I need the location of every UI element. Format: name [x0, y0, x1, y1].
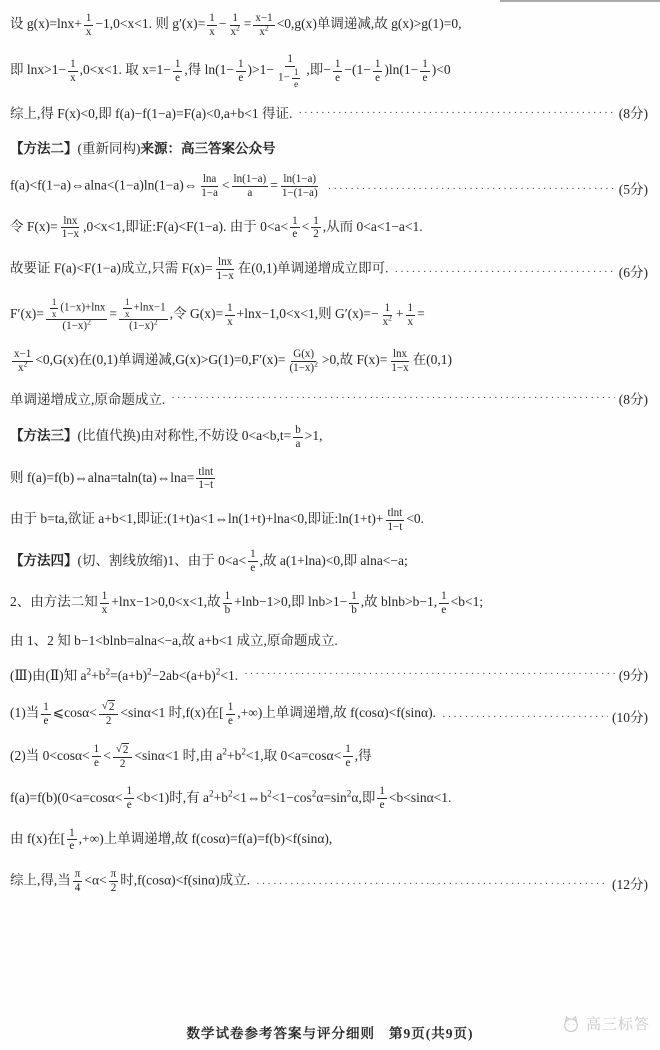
dot-leader: ········································…: [328, 182, 615, 198]
answer-line-22: 综上,得,当π4<α<π2时,f(cosα)<f(sinα)成立.·······…: [10, 868, 648, 894]
answer-line-3: 综上,得 F(x)<0,即 f(a)−f(1−a)=F(a)<0,a+b<1 得…: [10, 104, 648, 124]
line-formula: (Ⅲ)由(Ⅱ)知 a2+b2=(a+b)2−2ab<(a+b)2<1.: [10, 666, 238, 686]
fraction: tlnt1−t: [196, 466, 215, 492]
fraction: 1e: [236, 58, 246, 84]
fraction: 1x: [207, 12, 217, 38]
answer-sheet-page: 设 g(x)=lnx+1x−1,0<x<1. 则 g′(x)=1x−1x2=x−…: [0, 0, 660, 1050]
fraction: 1e: [420, 58, 430, 84]
fraction: 1x2: [228, 12, 241, 38]
score-label: (6分): [619, 263, 648, 283]
answer-line-7: 故要证 F(a)<F(1−a)成立,只需 F(x)=lnx1−x在(0,1)单调…: [10, 256, 648, 282]
fraction: 1e: [343, 743, 353, 769]
fraction: 1e: [290, 215, 300, 241]
answer-line-11: 【方法三】(比值代换)由对称性,不妨设 0<a<b,t=ba>1,: [10, 424, 648, 450]
line-formula: 由 1、2 知 b−1<blnb=alna<−a,故 a+b<1 成立,原命题成…: [10, 633, 338, 648]
line-formula: 令 F(x)=lnx1−x,0<x<1,即证:F(a)<F(1−a). 由于 0…: [10, 219, 423, 234]
fraction: ln(1−a)1−(1−a): [280, 173, 320, 199]
line-formula: 【方法二】(重新同构)来源：高三答案公众号: [10, 141, 276, 156]
fraction: 1e: [333, 58, 343, 84]
fraction: 1x: [406, 302, 416, 328]
answer-line-13: 由于 b=ta,欲证 a+b<1,即证:(1+t)a<1⇔ln(1+t)+lna…: [10, 507, 648, 533]
solution-lines: 设 g(x)=lnx+1x−1,0<x<1. 则 g′(x)=1x−1x2=x−…: [0, 0, 660, 895]
score-label: (5分): [619, 180, 648, 200]
fraction: 1e: [292, 67, 301, 89]
fraction: 1b: [349, 590, 359, 616]
fraction: 1b: [223, 590, 233, 616]
line-formula: 故要证 F(a)<F(1−a)成立,只需 F(x)=lnx1−x在(0,1)单调…: [10, 256, 389, 282]
answer-line-14: 【方法四】(切、割线放缩)1、由于 0<a<1e,故 a(1+lna)<0,即 …: [10, 548, 648, 574]
answer-line-1: 设 g(x)=lnx+1x−1,0<x<1. 则 g′(x)=1x−1x2=x−…: [10, 12, 648, 38]
fraction: x−1x2: [253, 12, 274, 38]
answer-line-5: f(a)<f(1−a)⇔alna<(1−a)ln(1−a)⇔lna1−a<ln(…: [10, 173, 648, 199]
answer-line-15: 2、由方法二知1x+lnx−1>0,0<x<1,故1b+lnb−1>0,即 ln…: [10, 590, 648, 616]
fraction: ba: [293, 424, 303, 450]
dot-leader: ········································…: [395, 265, 615, 281]
fraction: 1x: [123, 297, 132, 319]
fraction: 1x: [84, 12, 94, 38]
line-formula: 【方法三】(比值代换)由对称性,不妨设 0<a<b,t=ba>1,: [10, 428, 322, 443]
footer-page-number: 第9页(共9页): [389, 1026, 474, 1041]
score-label: (12分): [612, 875, 648, 895]
fraction: 1x: [225, 302, 235, 328]
line-formula: 综上,得,当π4<α<π2时,f(cosα)<f(sinα)成立.: [10, 868, 250, 894]
fraction: 1x(1−x)+lnx(1−x)2: [46, 297, 108, 333]
answer-line-10: 单调递增成立,原命题成立.···························…: [10, 390, 648, 410]
fraction: lnx1−x: [60, 215, 81, 241]
score-label: (9分): [619, 666, 648, 686]
fraction: 1e: [377, 785, 387, 811]
fraction: π4: [73, 868, 83, 894]
fraction: 1e: [226, 701, 236, 727]
answer-line-9: x−1x2<0,G(x)在(0,1)单调递减,G(x)>G(1)=0,F′(x)…: [10, 348, 648, 374]
radical: √2: [116, 743, 130, 757]
fraction: 1e: [373, 58, 383, 84]
fraction: tlnt1−t: [385, 507, 404, 533]
line-formula: 单调递增成立,原命题成立.: [10, 390, 165, 410]
fraction: π2: [109, 868, 119, 894]
answer-line-21: 由 f(x)在[1e,+∞)上单调递增,故 f(cosα)=f(a)=f(b)<…: [10, 827, 648, 853]
fraction: 1x: [68, 58, 78, 84]
fraction: 1e: [248, 548, 258, 574]
fraction: 1e: [124, 785, 134, 811]
line-formula: 由于 b=ta,欲证 a+b<1,即证:(1+t)a<1⇔ln(1+t)+lna…: [10, 511, 424, 526]
answer-line-2: 即 lnx>1−1x,0<x<1. 取 x=1−1e,得 ln(1−1e)>1−…: [10, 53, 648, 89]
line-formula: f(a)=f(b)(0<a=cosα<1e<b<1)时,有 a2+b2<1⇔b2…: [10, 790, 451, 805]
answer-line-19: (2)当 0<cosα<1e<√22<sinα<1 时,由 a2+b2<1,取 …: [10, 743, 648, 770]
fraction: 1e: [173, 58, 183, 84]
fraction: 1x: [100, 590, 110, 616]
line-formula: 设 g(x)=lnx+1x−1,0<x<1. 则 g′(x)=1x−1x2=x−…: [10, 16, 462, 31]
fraction: √22: [99, 700, 119, 727]
dot-leader: ········································…: [298, 106, 614, 122]
line-formula: 综上,得 F(x)<0,即 f(a)−f(1−a)=F(a)<0,a+b<1 得…: [10, 104, 292, 124]
score-label: (10分): [612, 708, 648, 728]
line-formula: f(a)<f(1−a)⇔alna<(1−a)ln(1−a)⇔lna1−a<ln(…: [10, 173, 322, 199]
fraction: 1e: [67, 827, 77, 853]
line-formula: 【方法四】(切、割线放缩)1、由于 0<a<1e,故 a(1+lna)<0,即 …: [10, 553, 408, 568]
answer-line-4: 【方法二】(重新同构)来源：高三答案公众号: [10, 139, 648, 159]
line-formula: (1)当1e⩽cosα<√22<sinα<1 时,f(x)在[1e,+∞)上单调…: [10, 700, 436, 727]
score-label: (8分): [619, 390, 648, 410]
fraction: 11−1e: [276, 53, 304, 89]
fraction: 1x+lnx−1(1−x)2: [119, 297, 168, 333]
fraction: 1x: [50, 297, 59, 319]
dot-leader: ········································…: [244, 667, 615, 683]
answer-line-17: (Ⅲ)由(Ⅱ)知 a2+b2=(a+b)2−2ab<(a+b)2<1.·····…: [10, 666, 648, 686]
dot-leader: ········································…: [256, 877, 608, 893]
answer-line-20: f(a)=f(b)(0<a=cosα<1e<b<1)时,有 a2+b2<1⇔b2…: [10, 785, 648, 811]
line-formula: 即 lnx>1−1x,0<x<1. 取 x=1−1e,得 ln(1−1e)>1−…: [10, 62, 451, 77]
fraction: lna1−a: [199, 173, 220, 199]
fraction: ln(1−a)a: [232, 173, 269, 199]
fraction: 1e: [41, 701, 51, 727]
line-formula: 2、由方法二知1x+lnx−1>0,0<x<1,故1b+lnb−1>0,即 ln…: [10, 594, 483, 609]
answer-line-6: 令 F(x)=lnx1−x,0<x<1,即证:F(a)<F(1−a). 由于 0…: [10, 215, 648, 241]
fraction: 1e: [92, 743, 102, 769]
score-label: (8分): [619, 104, 648, 124]
answer-line-8: F′(x)=1x(1−x)+lnx(1−x)2=1x+lnx−1(1−x)2,令…: [10, 297, 648, 333]
fraction: lnx1−x: [214, 256, 235, 282]
answer-line-12: 则 f(a)=f(b)⇔alna=taln(ta)⇔lna=tlnt1−t: [10, 466, 648, 492]
dot-leader: ········································…: [442, 710, 608, 726]
answer-line-18: (1)当1e⩽cosα<√22<sinα<1 时,f(x)在[1e,+∞)上单调…: [10, 700, 648, 727]
fraction: 12: [311, 215, 321, 241]
fraction: G(x)(1−x)2: [287, 348, 319, 374]
line-formula: 由 f(x)在[1e,+∞)上单调递增,故 f(cosα)=f(a)=f(b)<…: [10, 831, 332, 846]
scan-artifact-line: [500, 0, 660, 2]
dot-leader: ········································…: [171, 391, 615, 407]
fraction: √22: [113, 743, 133, 770]
answer-line-16: 由 1、2 知 b−1<blnb=alna<−a,故 a+b<1 成立,原命题成…: [10, 631, 648, 651]
line-formula: F′(x)=1x(1−x)+lnx(1−x)2=1x+lnx−1(1−x)2,令…: [10, 306, 425, 321]
line-formula: 则 f(a)=f(b)⇔alna=taln(ta)⇔lna=tlnt1−t: [10, 470, 217, 485]
fraction: lnx1−x: [389, 348, 410, 374]
fraction: 1x2: [381, 302, 394, 328]
footer-title: 数学试卷参考答案与评分细则: [187, 1026, 376, 1041]
line-formula: (2)当 0<cosα<1e<√22<sinα<1 时,由 a2+b2<1,取 …: [10, 748, 372, 763]
radical: √2: [102, 700, 116, 714]
fraction: 1e: [439, 590, 449, 616]
page-footer: 数学试卷参考答案与评分细则第9页(共9页): [0, 1022, 660, 1042]
fraction: x−1x2: [12, 348, 33, 374]
line-formula: x−1x2<0,G(x)在(0,1)单调递减,G(x)>G(1)=0,F′(x)…: [10, 352, 452, 367]
